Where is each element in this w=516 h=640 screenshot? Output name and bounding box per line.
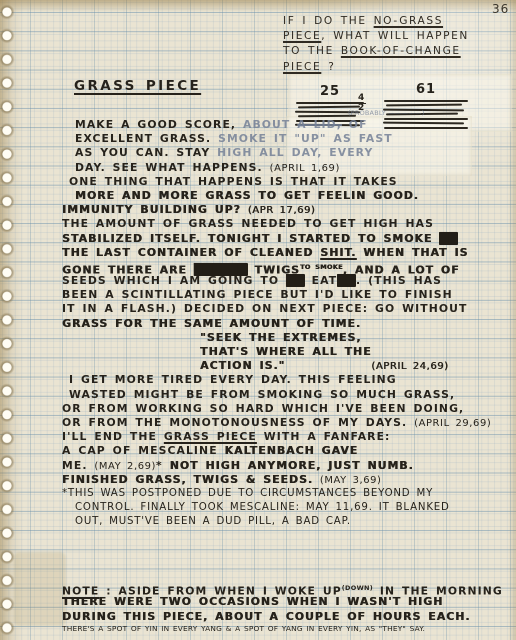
text-segment: WHEN THAT IS: [356, 246, 468, 259]
text-segment: OR FROM WORKING SO HARD WHICH I'VE BEEN …: [62, 402, 464, 415]
text-line: ACTION IS."(APRIL 24,69): [200, 359, 491, 373]
text-segment: I'LL END THE: [62, 430, 164, 443]
notebook-page: 36 IF I DO THE NO-GRASSPIECE, WHAT WILL …: [0, 0, 516, 640]
text-line: ONE THING THAT HAPPENS IS THAT IT TAKES: [69, 175, 491, 189]
text-segment: NO-GRASS: [374, 15, 443, 27]
text-line: DURING THIS PIECE, ABOUT A COUPLE OF HOU…: [62, 610, 503, 624]
text-line: OR FROM WORKING SO HARD WHICH I'VE BEEN …: [62, 402, 491, 416]
text-segment: SEEDS WHICH I AM GOING TO: [62, 274, 286, 287]
text-line: THE LAST CONTAINER OF CLEANED SHIT. WHEN…: [62, 246, 491, 260]
text-segment: GRASS PIECE: [164, 430, 257, 443]
hexagram-line-bar: [298, 106, 360, 109]
text-segment: ABOUT: [243, 118, 297, 131]
text-segment: (APRIL 1,69): [270, 163, 340, 174]
text-segment: THERE'S A SPOT OF YIN IN EVERY YANG & A …: [62, 624, 425, 633]
text-segment: THE LAST CONTAINER OF CLEANED: [62, 246, 320, 259]
text-segment: SMOKE IT "UP" AS FAST: [218, 132, 393, 145]
text-segment: (APR 17,69): [248, 205, 316, 216]
hexagram-line-bar: [386, 104, 462, 107]
text-segment: GRASS FOR THE SAME AMOUNT OF TIME.: [62, 317, 361, 330]
text-segment: (APRIL 29,69): [414, 418, 491, 429]
page-title: GRASS PIECE: [74, 78, 201, 94]
text-segment: OUT, MUST'VE BEEN A DUD PILL, A BAD CAP.: [75, 516, 351, 527]
page-title-text: GRASS PIECE: [74, 78, 201, 94]
text-segment: TO THE: [283, 45, 341, 57]
text-line: I GET MORE TIRED EVERY DAY. THIS FEELING: [69, 373, 491, 387]
text-segment: THERE WERE TWO OCCASIONS WHEN I WASN'T H…: [62, 595, 443, 608]
paper-stain: [14, 552, 66, 626]
text-segment: BEEN A SCINTILLATING PIECE BUT I'D LIKE …: [62, 288, 453, 301]
text-segment: (APRIL 24,69): [371, 361, 448, 372]
text-line: A CAP OF MESCALINE KALTENBACH GAVE: [62, 444, 491, 458]
text-segment: . (THIS HAS: [356, 274, 442, 287]
text-segment: ██: [337, 274, 356, 287]
text-line: BEEN A SCINTILLATING PIECE BUT I'D LIKE …: [62, 288, 491, 302]
text-line: AS YOU CAN. STAY HIGH ALL DAY, EVERY: [75, 146, 491, 160]
text-segment: THE AMOUNT OF GRASS NEEDED TO GET HIGH H…: [62, 217, 434, 230]
hexagram-line-bar: [296, 102, 364, 104]
text-segment: ME.: [62, 459, 94, 472]
text-line: *THIS WAS POSTPONED DUE TO CIRCUMSTANCES…: [62, 487, 491, 501]
text-segment: KALTENBACH GAVE: [225, 444, 359, 457]
text-segment: A CAP OF MESCALINE: [62, 444, 225, 457]
text-line: PIECE ?: [283, 60, 469, 75]
text-segment: CONTROL. FINALLY TOOK MESCALINE: MAY 11,…: [75, 502, 450, 513]
hexagram-line-bar: [384, 100, 468, 102]
text-line: OUT, MUST'VE BEEN A DUD PILL, A BAD CAP.: [75, 515, 491, 529]
text-segment: ?: [321, 61, 335, 73]
text-segment: WASTED MIGHT BE FROM SMOKING SO MUCH GRA…: [69, 388, 455, 401]
text-line: TO THE BOOK-OF-CHANGE: [283, 44, 469, 59]
text-segment: OF: [342, 118, 368, 131]
text-segment: *THIS WAS POSTPONED DUE TO CIRCUMSTANCES…: [62, 488, 433, 499]
text-segment: MORE AND MORE GRASS TO GET FEELIN GOOD.: [75, 189, 419, 202]
page-number: 36: [492, 2, 509, 16]
text-line: DAY. SEE WHAT HAPPENS. (APRIL 1,69): [75, 161, 491, 175]
text-line: MORE AND MORE GRASS TO GET FEELIN GOOD.: [75, 189, 491, 203]
text-segment: FINISHED GRASS, TWIGS & SEEDS.: [62, 473, 320, 486]
text-line: GRASS FOR THE SAME AMOUNT OF TIME.: [62, 317, 491, 331]
text-segment: (DOWN): [342, 584, 373, 592]
text-line: NOTE : ASIDE FROM WHEN I WOKE UP(DOWN) I…: [62, 581, 503, 595]
hexagram-number: 25: [296, 84, 364, 99]
text-segment: PIECE: [283, 30, 321, 42]
text-segment: IT IN A FLASH.) DECIDED ON NEXT PIECE: G…: [62, 302, 467, 315]
text-line: OR FROM THE MONOTONOUSNESS OF MY DAYS. (…: [62, 416, 491, 430]
text-segment: SHIT.: [320, 246, 356, 259]
text-segment: HIGH ALL DAY, EVERY: [217, 146, 373, 159]
text-segment: DAY. SEE WHAT HAPPENS.: [75, 161, 270, 174]
text-line: FINISHED GRASS, TWIGS & SEEDS. (MAY 3,69…: [62, 473, 491, 487]
text-segment: , WHAT WILL HAPPEN: [321, 30, 469, 42]
text-segment: ONE THING THAT HAPPENS IS THAT IT TAKES: [69, 175, 398, 188]
text-segment: *: [156, 459, 170, 472]
text-line: CONTROL. FINALLY TOOK MESCALINE: MAY 11,…: [75, 501, 491, 515]
text-segment: PIECE: [283, 61, 321, 73]
text-line: GONE THERE ARE ███ ██ TWIGSTO SMOKE, AND…: [62, 260, 491, 274]
text-line: MAKE A GOOD SCORE, ABOUT A LID, OF: [75, 118, 491, 132]
text-segment: DURING THIS PIECE, ABOUT A COUPLE OF HOU…: [62, 610, 470, 623]
text-line: THE AMOUNT OF GRASS NEEDED TO GET HIGH H…: [62, 217, 491, 231]
text-segment: IF I DO THE: [283, 15, 374, 27]
text-segment: AS YOU CAN. STAY: [75, 146, 217, 159]
text-segment: NOT HIGH ANYMORE, JUST NUMB.: [170, 459, 414, 472]
bottom-note: NOTE : ASIDE FROM WHEN I WOKE UP(DOWN) I…: [62, 581, 503, 634]
text-segment: EXCELLENT GRASS.: [75, 132, 218, 145]
text-line: WASTED MIGHT BE FROM SMOKING SO MUCH GRA…: [69, 388, 491, 402]
spiral-binding-holes: [0, 0, 19, 640]
text-segment: A LID,: [297, 118, 342, 131]
hexagram-number: 61: [384, 82, 468, 97]
text-line: THAT'S WHERE ALL THE: [200, 345, 491, 359]
text-line: ME. (MAY 2,69)* NOT HIGH ANYMORE, JUST N…: [62, 459, 491, 473]
text-line: STABILIZED ITSELF. TONIGHT I STARTED TO …: [62, 232, 491, 246]
text-line: IT IN A FLASH.) DECIDED ON NEXT PIECE: G…: [62, 302, 491, 316]
text-segment: ACTION IS.": [200, 359, 285, 372]
journal-body-text: MAKE A GOOD SCORE, ABOUT A LID, OFEXCELL…: [62, 118, 491, 529]
text-segment: (MAY 3,69): [320, 475, 382, 486]
faint-pencil-note: (PROBABLY —————): [348, 109, 424, 117]
text-segment: MAKE A GOOD SCORE,: [75, 118, 243, 131]
text-line: EXCELLENT GRASS. SMOKE IT "UP" AS FAST: [75, 132, 491, 146]
text-segment: ██: [286, 274, 305, 287]
text-line: THERE WERE TWO OCCASIONS WHEN I WASN'T H…: [62, 595, 503, 609]
text-segment: OR FROM THE MONOTONOUSNESS OF MY DAYS.: [62, 416, 414, 429]
text-segment: (MAY 2,69): [94, 461, 156, 472]
text-line: THERE'S A SPOT OF YIN IN EVERY YANG & A …: [62, 624, 503, 634]
text-segment: STABILIZED ITSELF. TONIGHT I STARTED TO …: [62, 232, 439, 245]
text-line: IMMUNITY BUILDING UP? (APR 17,69): [62, 203, 491, 217]
text-segment: "SEEK THE EXTREMES,: [200, 331, 361, 344]
text-segment: EAT: [305, 274, 337, 287]
text-line: "SEEK THE EXTREMES,: [200, 331, 491, 345]
text-segment: IMMUNITY BUILDING UP?: [62, 203, 248, 216]
text-line: I'LL END THE GRASS PIECE WITH A FANFARE:: [62, 430, 491, 444]
text-segment: BOOK-OF-CHANGE: [341, 45, 461, 57]
text-segment: TO SMOKE: [300, 263, 343, 271]
margin-question-note: IF I DO THE NO-GRASSPIECE, WHAT WILL HAP…: [283, 14, 469, 75]
page-top-edge-shadow: [0, 0, 516, 12]
text-segment: THAT'S WHERE ALL THE: [200, 345, 372, 358]
text-segment: ██: [439, 232, 458, 245]
text-line: IF I DO THE NO-GRASS: [283, 14, 469, 29]
text-line: PIECE, WHAT WILL HAPPEN: [283, 29, 469, 44]
text-line: SEEDS WHICH I AM GOING TO ██ EAT██. (THI…: [62, 274, 491, 288]
text-segment: I GET MORE TIRED EVERY DAY. THIS FEELING: [69, 373, 397, 386]
text-segment: WITH A FANFARE:: [257, 430, 391, 443]
